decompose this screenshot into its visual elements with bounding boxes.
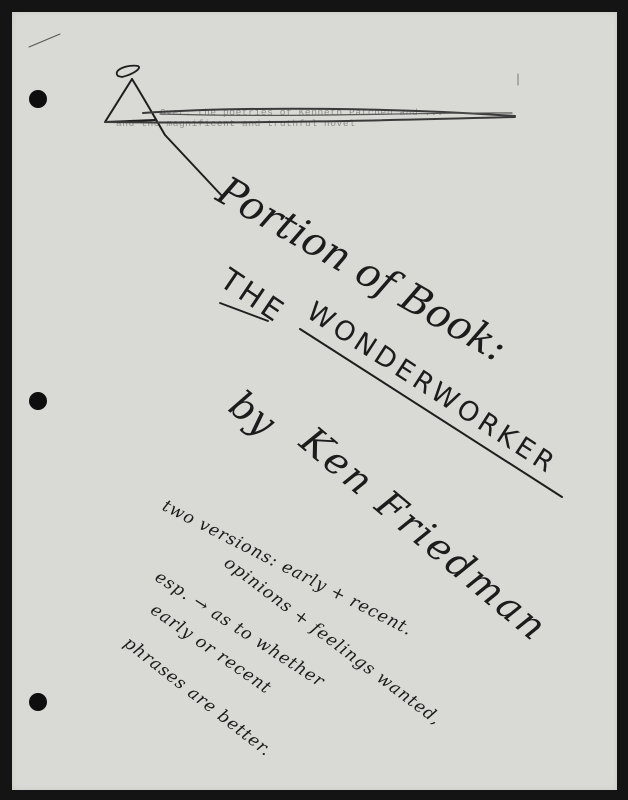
punch-hole-top	[29, 90, 47, 108]
typed-line-2: and the magnificent and truthful novel	[116, 118, 355, 129]
punch-hole-middle	[29, 392, 47, 410]
punch-hole-bottom	[29, 693, 47, 711]
typed-line-1: Over: the poetries of Kenneth Patchen an…	[160, 107, 444, 118]
